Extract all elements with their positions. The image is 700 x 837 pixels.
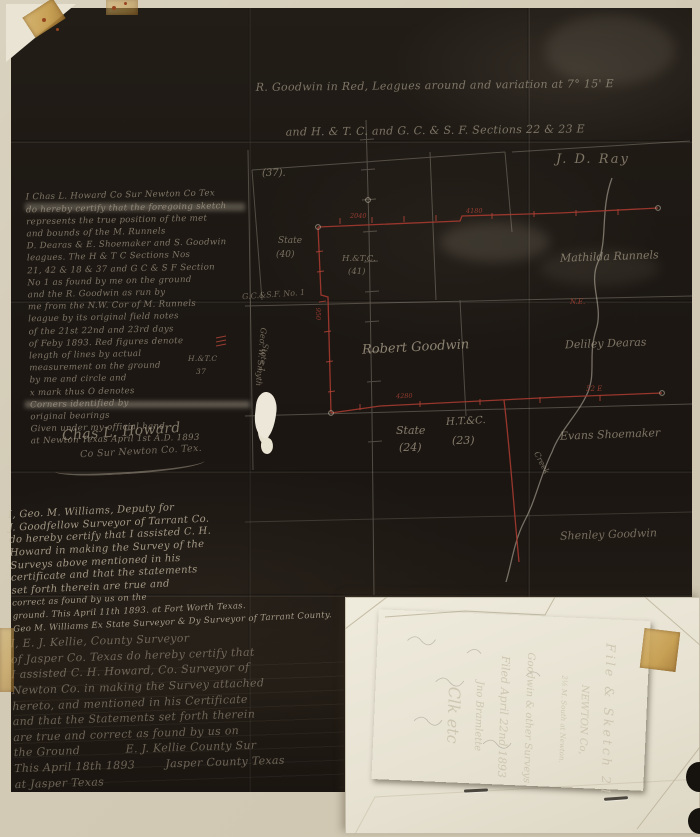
plat-label-htc-41: H.&T.C.: [342, 254, 376, 264]
map-title-line1: R. Goodwin in Red, Leagues around and va…: [185, 75, 685, 95]
plat-label-htc-23-number: (23): [452, 434, 475, 447]
red-bearing-note: 52 E: [586, 385, 602, 393]
red-distance-figure: 950: [314, 308, 322, 320]
rust-spot: [112, 6, 116, 10]
rust-spot: [124, 2, 127, 5]
tape-fragment-left-edge: [0, 628, 14, 692]
map-title: R. Goodwin in Red, Leagues around and va…: [184, 45, 685, 155]
certificate-howard: I Chas L. Howard Co Sur Newton Co Texdo …: [25, 163, 256, 448]
red-distance-figure: 4180: [466, 207, 483, 215]
certificate-kellie: I, E. J. Kellie, County Surveyorof Jaspe…: [9, 595, 345, 792]
rust-spot: [56, 28, 59, 31]
margin-note-htc: H.&T.C: [188, 354, 217, 363]
plat-label-htc-41-number: (41): [348, 267, 365, 277]
tape-fragment-right: [640, 628, 681, 672]
red-bearing-note: N.E.: [570, 298, 585, 306]
plat-label-state-40-number: (40): [276, 250, 294, 260]
plat-label-state-24: State: [396, 424, 425, 437]
plat-label-jd-ray: J. D. Ray: [556, 152, 630, 167]
margin-note-37: 37: [196, 367, 206, 376]
rust-spot: [42, 18, 46, 22]
plat-label-survey-37: (37).: [262, 168, 286, 179]
map-title-line2: and H. & T. C. and G. C. & S. F. Section…: [185, 120, 685, 140]
red-distance-figure: 2040: [350, 212, 367, 220]
creek-line: [506, 178, 612, 582]
red-tick-marks: [216, 209, 618, 410]
filing-card-text: File & Sketch 21NEWTON Co,2½ M. South at…: [388, 615, 625, 819]
scanned-survey-map: { "document": { "title_line1": "R. Goodw…: [0, 0, 700, 837]
red-distance-figure: 4280: [396, 392, 413, 401]
plat-label-state-40: State: [278, 236, 302, 246]
plat-label-state-24-number: (24): [399, 441, 422, 454]
tape-fragment-top: [106, 0, 138, 15]
plat-label-htc-23: H.T.&C.: [446, 415, 486, 428]
corner-circle-marks: [316, 198, 665, 416]
